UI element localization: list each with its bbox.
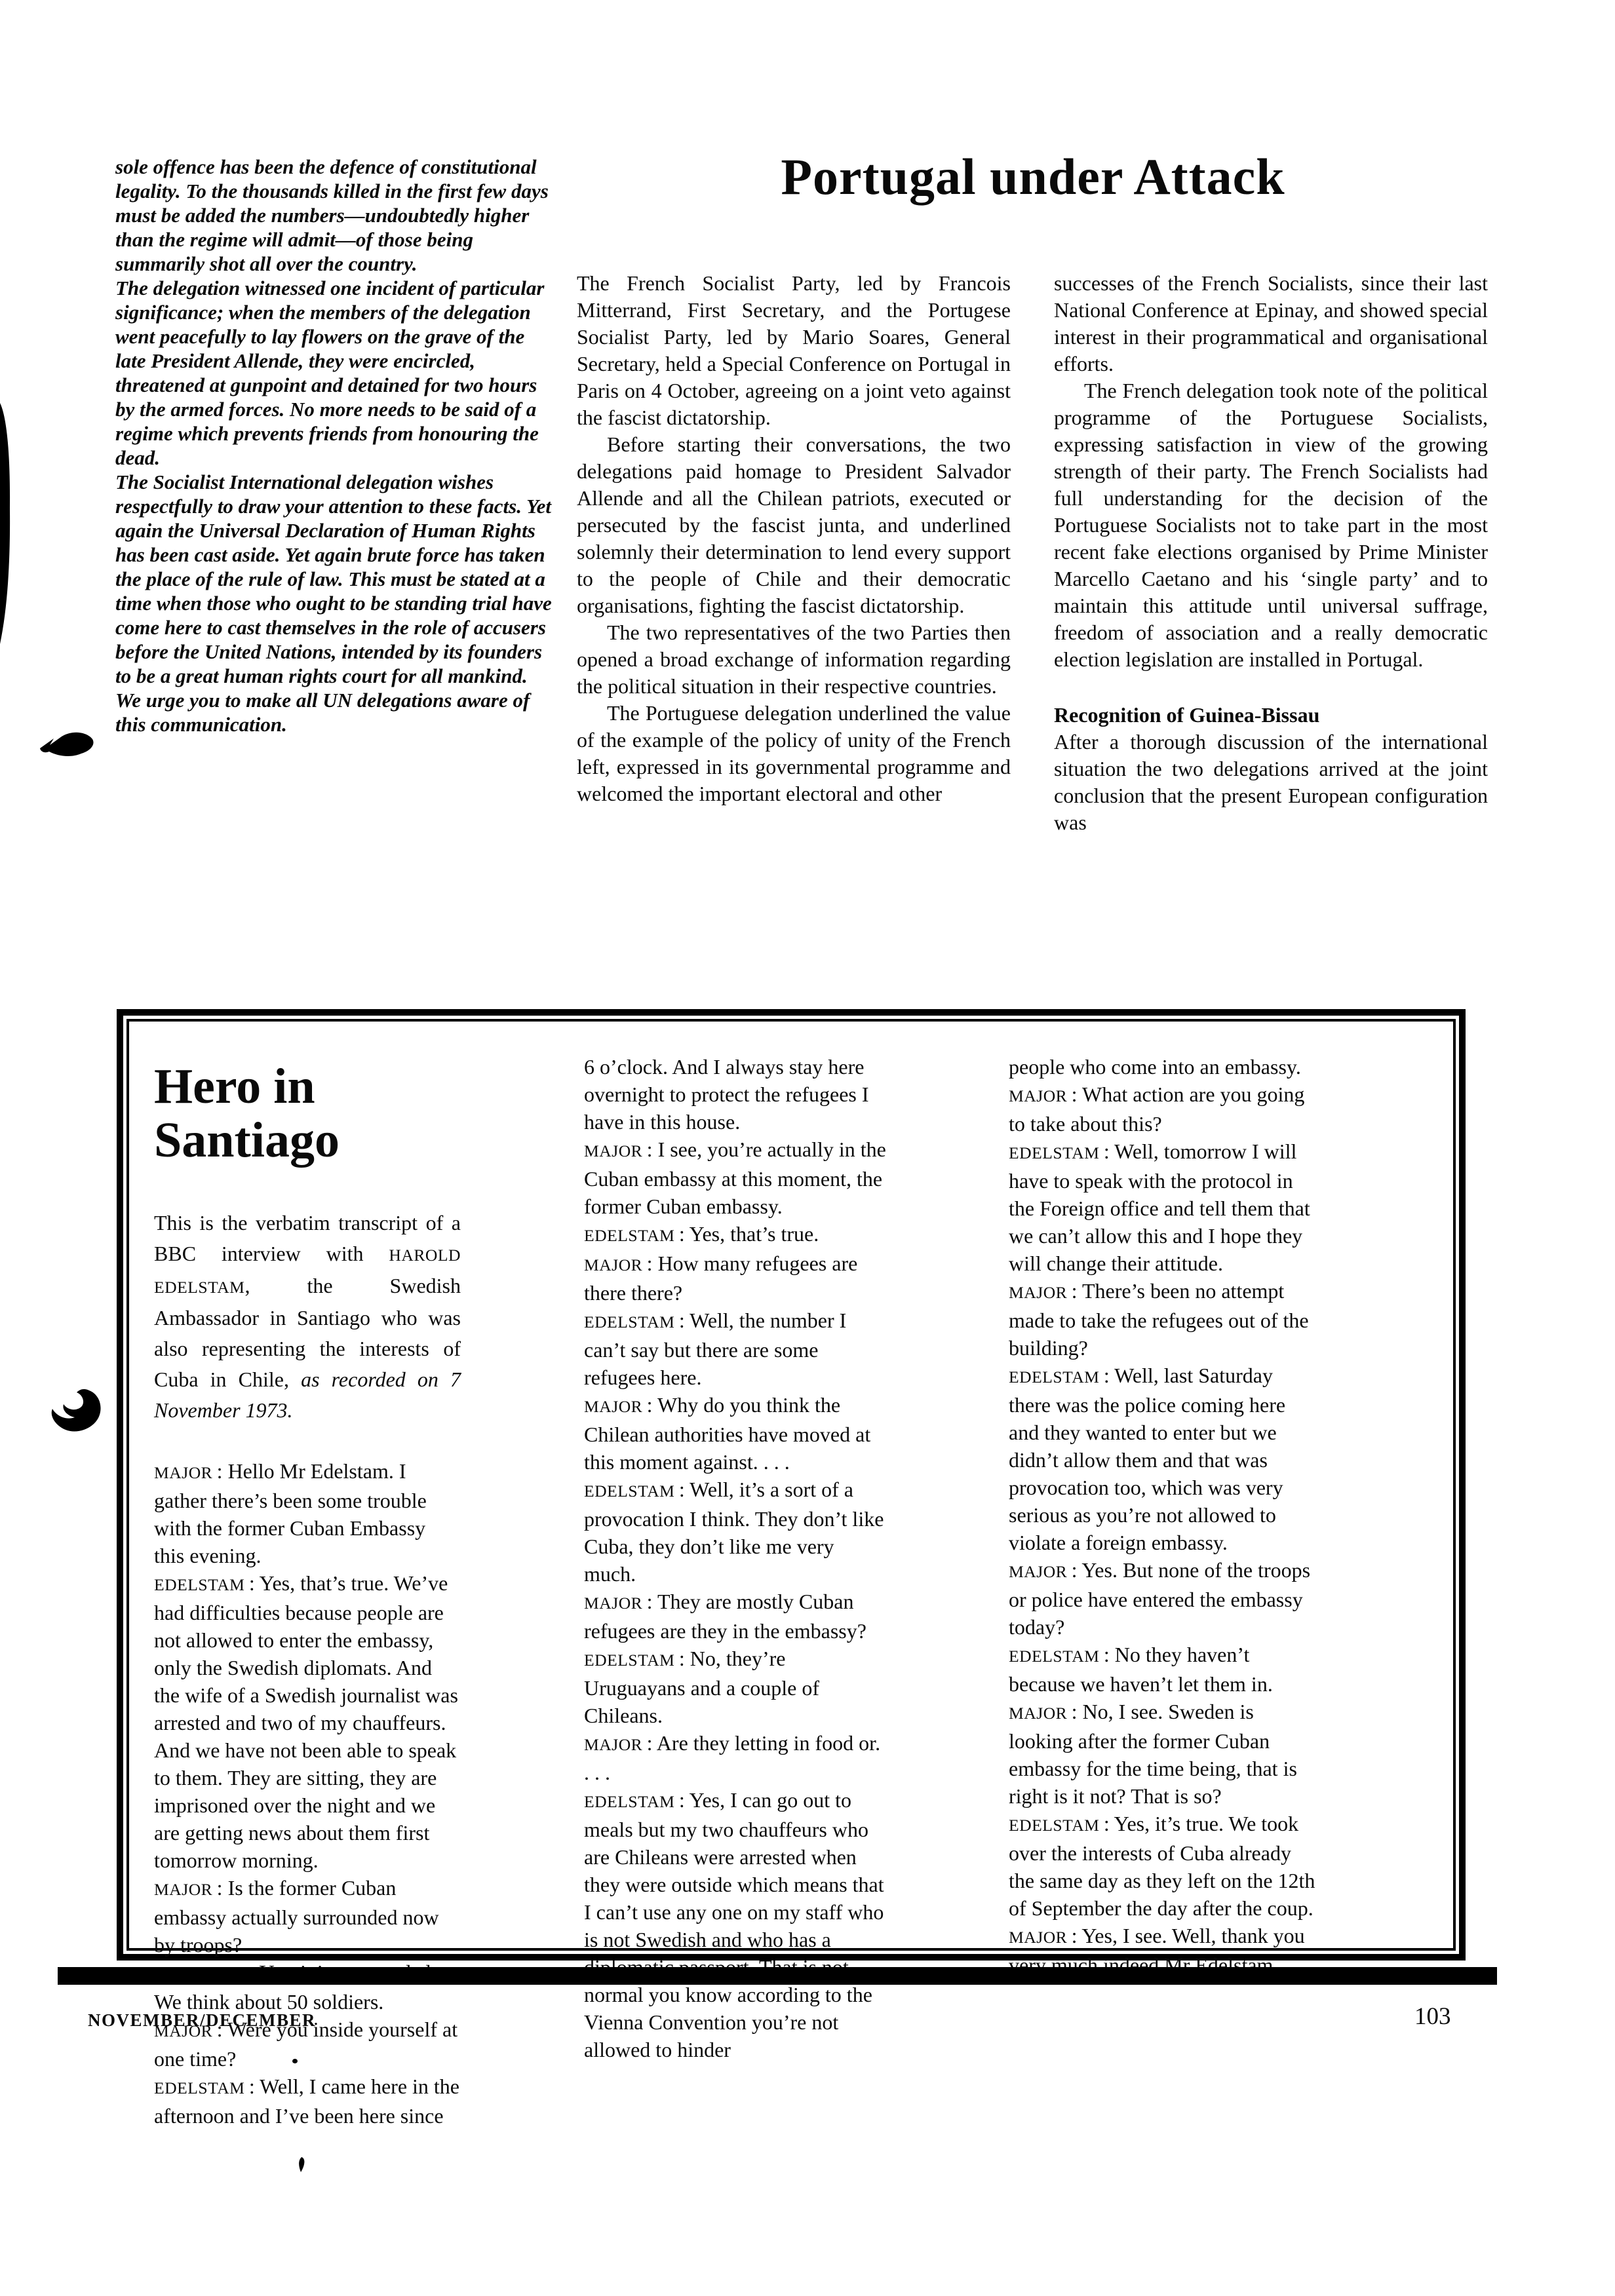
speaker-label: EDELSTAM — [1009, 1816, 1099, 1835]
subhead-recognition-guinea-bissau: Recognition of Guinea-Bissau — [1054, 702, 1488, 729]
speaker-label: MAJOR — [154, 1463, 212, 1482]
paragraph: The Portuguese delegation underlined the… — [577, 700, 1011, 807]
speaker-label: MAJOR — [1009, 1562, 1067, 1581]
dialogue-turn: EDELSTAM : Yes, that’s true. — [584, 1220, 891, 1250]
speaker-label: EDELSTAM — [1009, 1143, 1099, 1162]
hero-intro: This is the verbatim transcript of a BBC… — [154, 1208, 461, 1426]
paragraph: Before starting their conversations, the… — [577, 431, 1011, 619]
speaker-label: MAJOR — [154, 1880, 212, 1899]
paragraph: The Socialist International delegation w… — [115, 470, 553, 688]
portugal-column-2-top: successes of the French Socialists, sinc… — [1054, 270, 1488, 673]
article-title-hero: Hero in Santiago — [154, 1060, 461, 1167]
speaker-label: EDELSTAM — [154, 2078, 244, 2097]
speaker-label: MAJOR — [1009, 1928, 1067, 1947]
hero-article-inner-border: Hero in Santiago This is the verbatim tr… — [126, 1019, 1456, 1951]
ink-speck-comma — [296, 2157, 307, 2173]
speaker-label: MAJOR — [1009, 1086, 1067, 1105]
article-title-portugal: Portugal under Attack — [577, 149, 1489, 204]
hero-dialogue-2: MAJOR : I see, you’re actually in the Cu… — [584, 1136, 891, 2063]
portugal-column-1: The French Socialist Party, led by Franc… — [577, 270, 1011, 807]
dialogue-turn: MAJOR : What action are you going to tak… — [1009, 1081, 1315, 1138]
continuation-text: 6 o’clock. And I always stay here overni… — [584, 1053, 891, 1136]
dialogue-turn: EDELSTAM : Yes, it’s true. We took over … — [1009, 1810, 1315, 1922]
dialogue-turn: MAJOR : Hello Mr Edelstam. I gather ther… — [154, 1457, 461, 1569]
dialogue-turn: EDELSTAM : Yes, that’s true. We’ve had d… — [154, 1569, 461, 1874]
paragraph: The delegation witnessed one incident of… — [115, 276, 553, 470]
hero-article-box: Hero in Santiago This is the verbatim tr… — [117, 1009, 1466, 1961]
dialogue-turn: EDELSTAM : Well, I came here in the afte… — [154, 2073, 461, 2130]
speaker-label: EDELSTAM — [584, 1226, 674, 1245]
dialogue-turn: EDELSTAM : Well, last Saturday there was… — [1009, 1362, 1315, 1556]
portugal-column-2-bottom: After a thorough discussion of the inter… — [1054, 729, 1488, 836]
dialogue-turn: EDELSTAM : Yes, I can go out to meals bu… — [584, 1786, 891, 2063]
speaker-label: MAJOR — [584, 1141, 642, 1160]
paragraph: The French delegation took note of the p… — [1054, 377, 1488, 673]
page-edge-ink-bar — [0, 403, 14, 644]
hero-column-3: people who come into an embassy. MAJOR :… — [1009, 1053, 1315, 1979]
speaker-label: MAJOR — [584, 1255, 642, 1274]
ink-blob-bird — [38, 731, 97, 761]
ink-blob-swirl — [47, 1387, 105, 1438]
dialogue-turn: MAJOR : Yes. But none of the troops or p… — [1009, 1556, 1315, 1641]
dialogue-turn: MAJOR : No, I see. Sweden is looking aft… — [1009, 1698, 1315, 1810]
speaker-label: EDELSTAM — [584, 1312, 674, 1331]
issue-label: NOVEMBER/DECEMBER — [88, 2010, 316, 2031]
dialogue-turn: MAJOR : How many refugees are there ther… — [584, 1250, 891, 1307]
dialogue-turn: MAJOR : They are mostly Cuban refugees a… — [584, 1588, 891, 1645]
left-quote-column: sole offence has been the defence of con… — [115, 155, 553, 737]
speaker-label: EDELSTAM — [584, 1651, 674, 1670]
dialogue-turn: MAJOR : I see, you’re actually in the Cu… — [584, 1136, 891, 1220]
paragraph: successes of the French Socialists, sinc… — [1054, 270, 1488, 377]
magazine-page: sole offence has been the defence of con… — [0, 0, 1615, 2296]
dialogue-turn: EDELSTAM : Well, it’s a sort of a provoc… — [584, 1476, 891, 1588]
speaker-label: MAJOR — [584, 1735, 642, 1754]
speaker-label: MAJOR — [1009, 1283, 1067, 1302]
dialogue-turn: MAJOR : Are they letting in food or. . .… — [584, 1729, 891, 1786]
speaker-label: MAJOR — [584, 1594, 642, 1613]
dialogue-turn: EDELSTAM : No, they’re Uruguayans and a … — [584, 1645, 891, 1729]
speaker-label: EDELSTAM — [154, 1575, 244, 1594]
bottom-rule-bar — [58, 1967, 1497, 1985]
continuation-text: people who come into an embassy. — [1009, 1053, 1315, 1081]
dialogue-turn: MAJOR : Why do you think the Chilean aut… — [584, 1391, 891, 1476]
speaker-label: EDELSTAM — [584, 1792, 674, 1811]
dialogue-turn: MAJOR : Is the former Cuban embassy actu… — [154, 1874, 461, 1959]
speaker-label: EDELSTAM — [1009, 1647, 1099, 1666]
dialogue-turn: EDELSTAM : Well, tomorrow I will have to… — [1009, 1138, 1315, 1277]
paragraph: We urge you to make all UN delegations a… — [115, 688, 553, 737]
speaker-label: EDELSTAM — [1009, 1368, 1099, 1387]
dialogue-turn: EDELSTAM : No they haven’t because we ha… — [1009, 1641, 1315, 1698]
paragraph: After a thorough discussion of the inter… — [1054, 729, 1488, 836]
paragraph: The two representatives of the two Parti… — [577, 619, 1011, 700]
paragraph: The French Socialist Party, led by Franc… — [577, 270, 1011, 431]
portugal-column-2: successes of the French Socialists, sinc… — [1054, 270, 1488, 836]
hero-dialogue-3: MAJOR : What action are you going to tak… — [1009, 1081, 1315, 1979]
paragraph: sole offence has been the defence of con… — [115, 155, 553, 276]
dialogue-turn: MAJOR : There’s been no attempt made to … — [1009, 1277, 1315, 1362]
speaker-label: MAJOR — [1009, 1704, 1067, 1723]
dialogue-turn: EDELSTAM : Well, the number I can’t say … — [584, 1307, 891, 1391]
speaker-label: MAJOR — [584, 1397, 642, 1416]
hero-column-2: 6 o’clock. And I always stay here overni… — [584, 1053, 891, 2063]
page-number: 103 — [1414, 2002, 1451, 2031]
speaker-label: EDELSTAM — [584, 1482, 674, 1501]
